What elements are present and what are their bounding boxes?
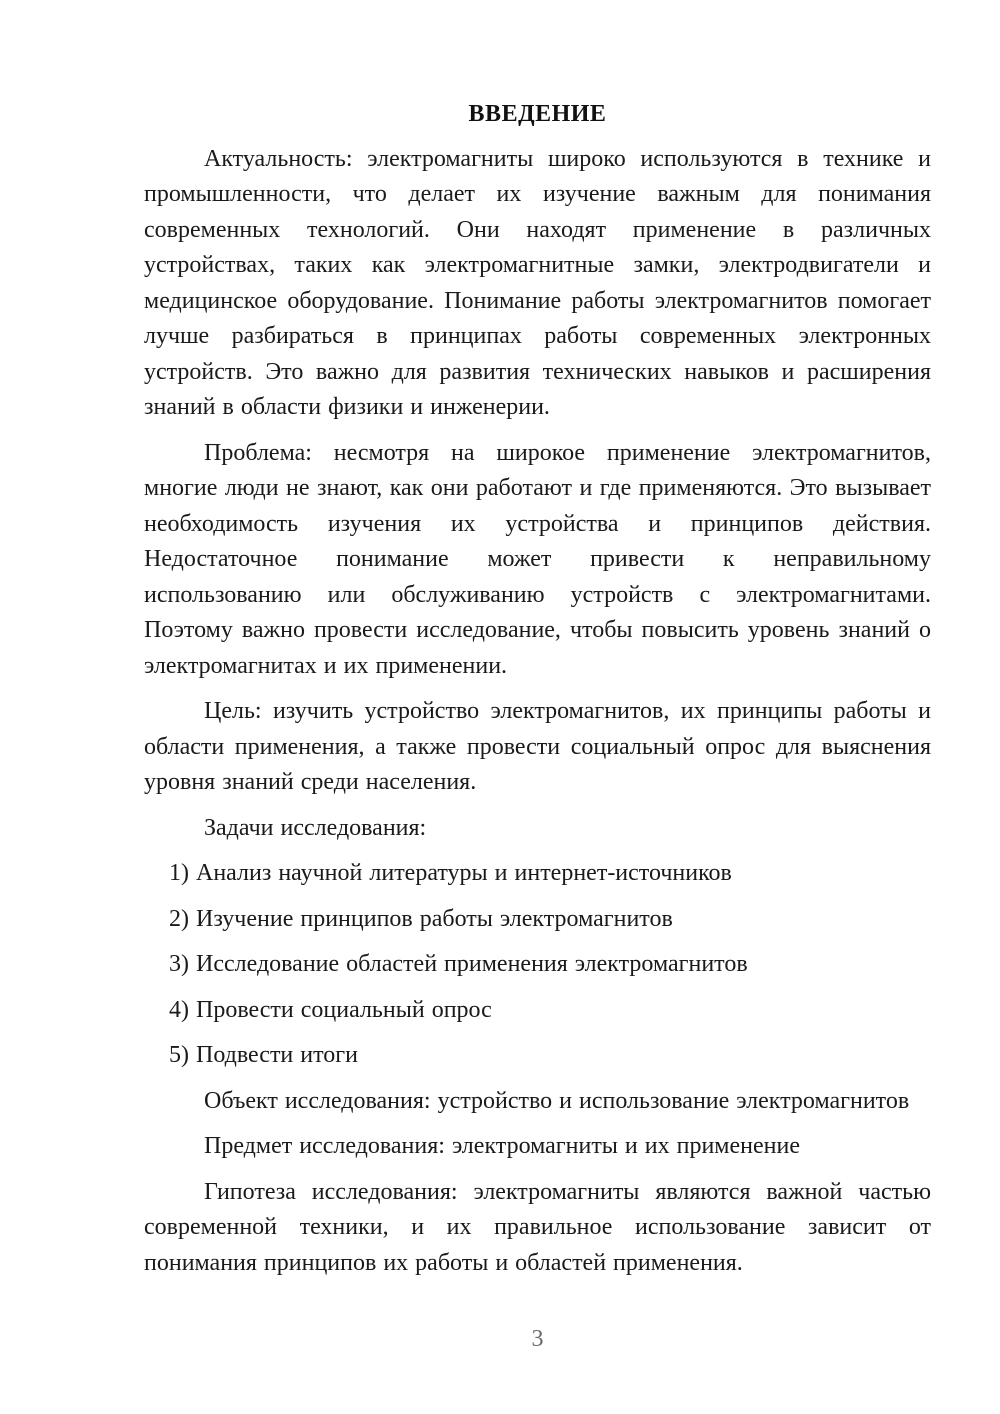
page-title: ВВЕДЕНИЕ — [144, 97, 931, 133]
task-item-3: 3) Исследование областей применения элек… — [144, 947, 931, 983]
task-item-1: 1) Анализ научной литературы и интернет-… — [144, 856, 931, 892]
paragraph-object: Объект исследования: устройство и исполь… — [144, 1084, 931, 1120]
tasks-heading: Задачи исследования: — [144, 811, 931, 847]
document-page: ВВЕДЕНИЕ Актуальность: электромагниты ши… — [0, 0, 1000, 1414]
paragraph-subject: Предмет исследования: электромагниты и и… — [144, 1129, 931, 1165]
paragraph-goal: Цель: изучить устройство электромагнитов… — [144, 694, 931, 801]
task-item-5: 5) Подвести итоги — [144, 1038, 931, 1074]
task-item-4: 4) Провести социальный опрос — [144, 993, 931, 1029]
paragraph-relevance: Актуальность: электромагниты широко испо… — [144, 142, 931, 426]
task-item-2: 2) Изучение принципов работы электромагн… — [144, 902, 931, 938]
page-number: 3 — [144, 1322, 931, 1358]
paragraph-problem: Проблема: несмотря на широкое применение… — [144, 436, 931, 685]
tasks-list: 1) Анализ научной литературы и интернет-… — [144, 856, 931, 1074]
document-content: ВВЕДЕНИЕ Актуальность: электромагниты ши… — [144, 97, 931, 1291]
paragraph-hypothesis: Гипотеза исследования: электромагниты яв… — [144, 1175, 931, 1282]
